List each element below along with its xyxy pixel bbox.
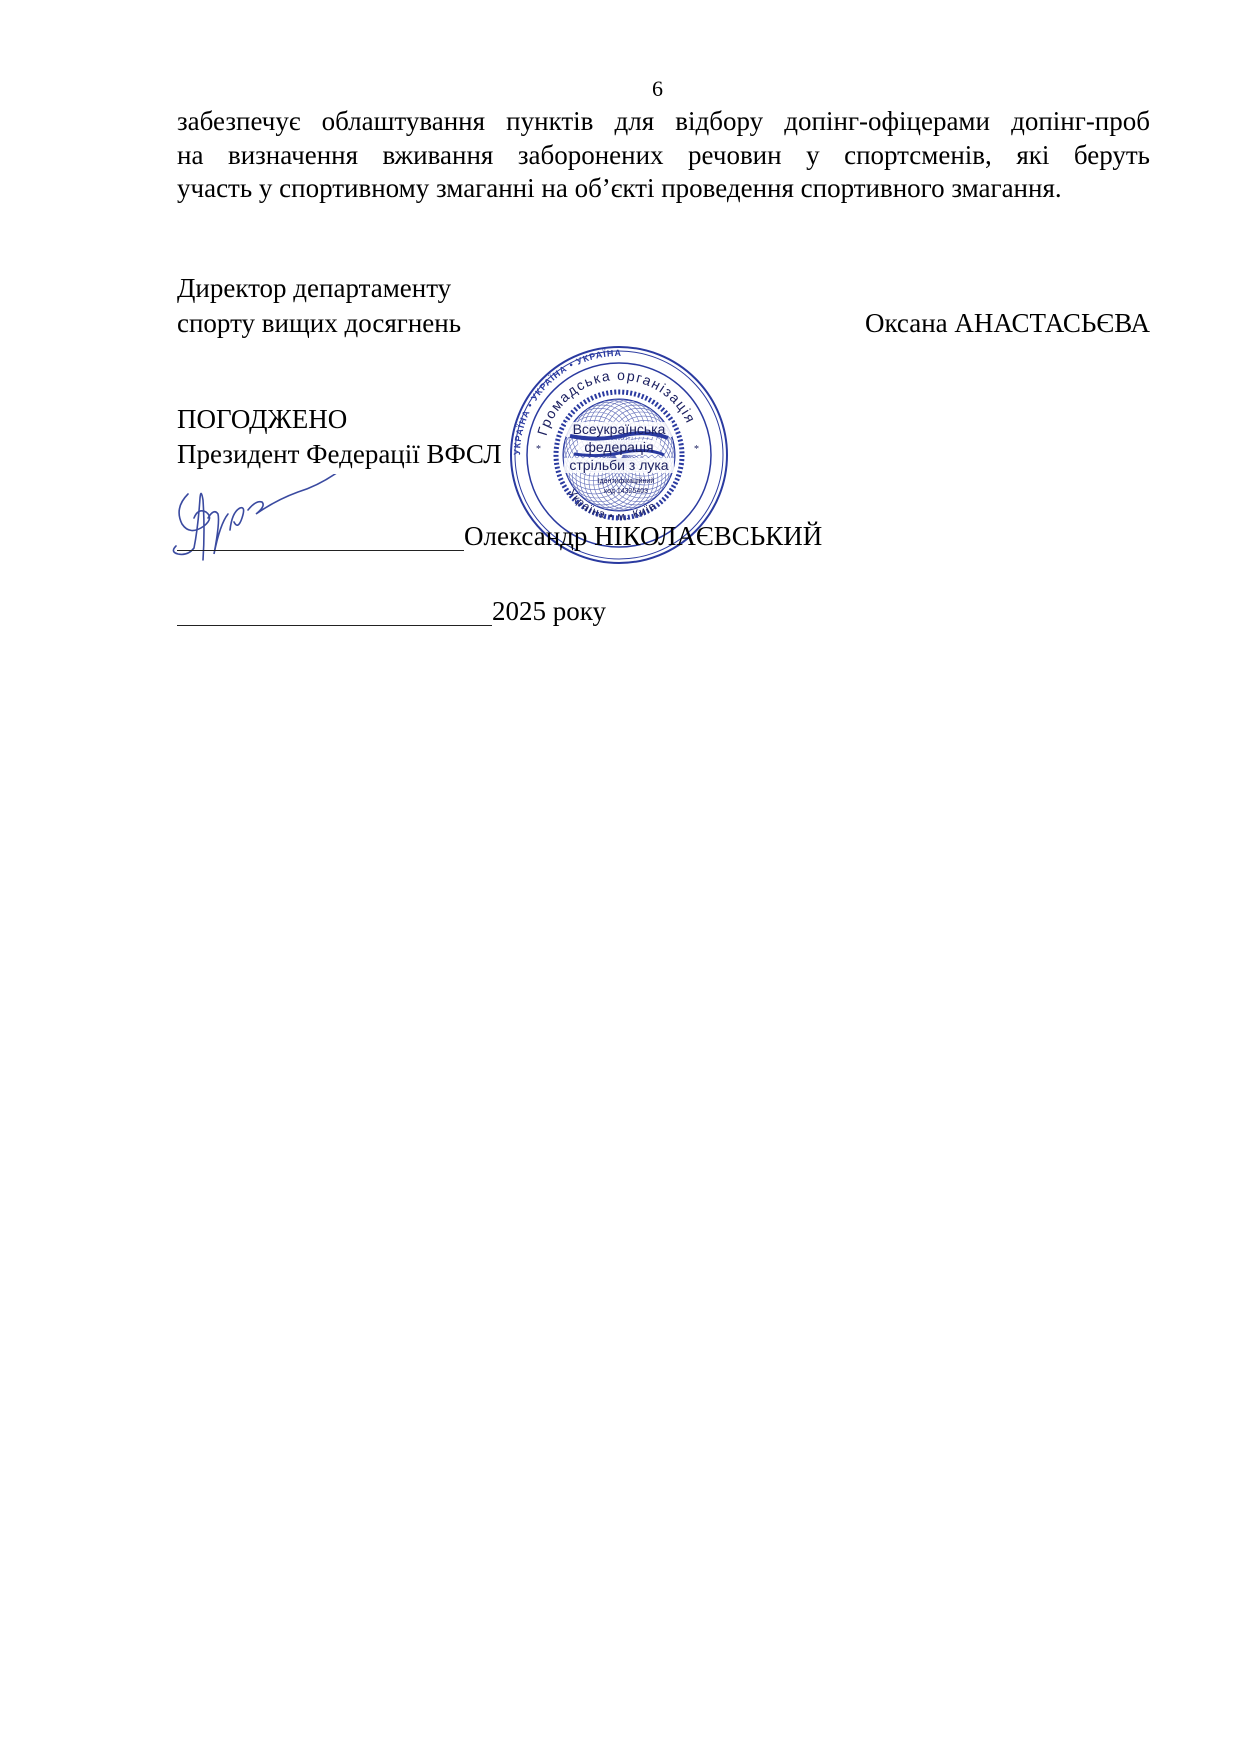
approval-date-row: 2025 року [177,598,606,626]
signatory-name: Оксана АНАСТАСЬЄВА [865,310,1150,337]
approval-heading: ПОГОДЖЕНО [177,406,347,433]
star-icon: * [694,444,699,455]
signatory-title-line1: Директор департаменту [177,275,451,302]
approval-date: 2025 року [492,596,606,626]
date-line [177,598,492,626]
stamp-id-code: код 14325403 [604,488,648,495]
paragraph-line: забезпечує облаштування пунктів для відб… [177,105,1150,139]
stamp-center-line3: стрільби з лука [569,457,668,473]
stamp-center-line2: федерація [584,439,653,455]
approval-name: Олександр НІКОЛАЄВСЬКИЙ [464,521,822,551]
paragraph-line: участь у спортивному змаганні на об’єкті… [177,172,1150,206]
page-number: 6 [652,76,663,102]
signature-line [177,523,464,551]
paragraph-line: на визначення вживання заборонених речов… [177,139,1150,173]
star-icon: * [536,444,541,455]
stamp-id-label: Ідентифікаційний [598,477,655,485]
body-paragraph: забезпечує облаштування пунктів для відб… [177,105,1150,206]
approval-position: Президент Федерації ВФСЛ [177,441,502,468]
approval-signature-row: Олександр НІКОЛАЄВСЬКИЙ [177,523,822,551]
stamp-center-line1: Всеукраїнська [573,421,666,437]
signatory-title-line2: спорту вищих досягнень [177,310,461,337]
